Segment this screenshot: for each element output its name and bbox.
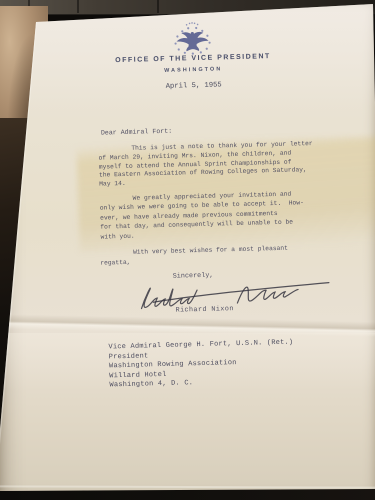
letterhead-city-line: WASHINGTON [93,64,293,75]
vice-president-eagle-seal-icon [169,21,216,58]
letter-content: OFFICE OF THE VICE PRESIDENT WASHINGTON … [0,0,375,500]
photo-of-letter: OFFICE OF THE VICE PRESIDENT WASHINGTON … [0,0,375,500]
letterhead-office-line: OFFICE OF THE VICE PRESIDENT [93,53,293,65]
paragraph-3: With very best wishes for a most pleasan… [100,244,288,268]
wood-seam [157,0,159,13]
letter-date: April 5, 1955 [94,79,294,92]
recipient-address-block: Vice Admiral George H. Fort, U.S.N. (Ret… [108,339,294,392]
paragraph-1: This is just a note to thank you for you… [98,140,313,190]
salutation: Dear Admiral Fort: [101,128,172,137]
paragraph-2: We greatly appreciated your invitation a… [100,189,305,241]
letter-sheet: OFFICE OF THE VICE PRESIDENT WASHINGTON … [0,0,375,500]
wood-seam [77,0,79,13]
typed-signature-name: Richard Nixon [175,305,233,315]
